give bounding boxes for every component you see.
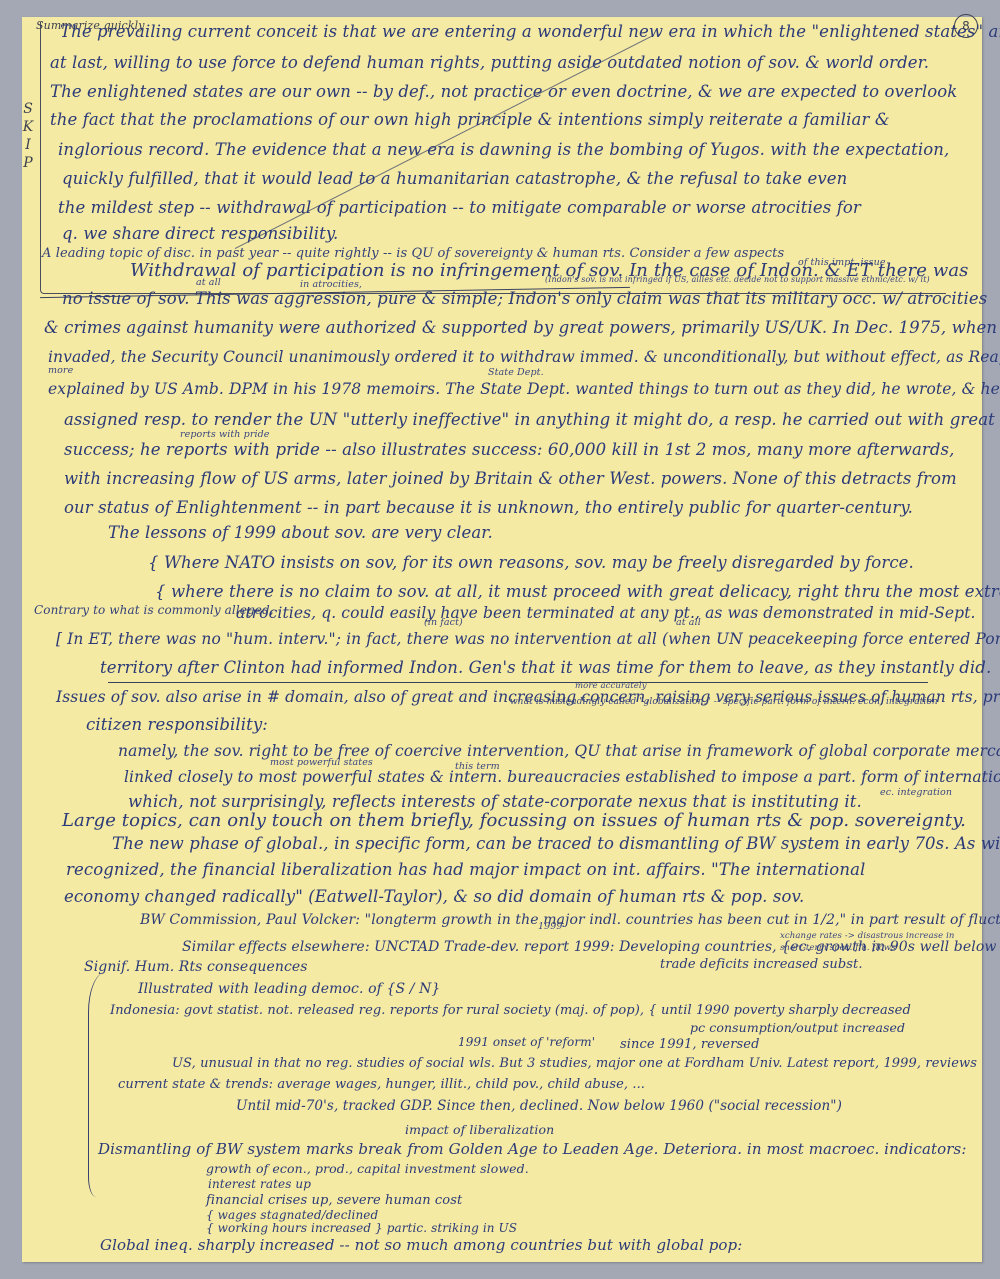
annotation: in atrocities,	[300, 280, 362, 290]
text-line: inglorious record. The evidence that a n…	[58, 142, 949, 159]
text-line: Global ineq. sharply increased -- not so…	[100, 1238, 742, 1253]
annotation: 1999	[538, 922, 563, 932]
text-line: quickly fulfilled, that it would lead to…	[62, 171, 847, 188]
text-line: 1991 onset of 'reform'	[458, 1036, 595, 1048]
text-line: { where there is no claim to sov. at all…	[155, 584, 1000, 601]
text-line: at last, willing to use force to defend …	[50, 55, 929, 72]
text-line: & crimes against humanity were authorize…	[44, 320, 1000, 337]
text-line: The enlightened states are our own -- by…	[50, 84, 957, 101]
text-line: { wages stagnated/declined	[206, 1209, 378, 1221]
annotation: this term	[455, 762, 500, 772]
text-line: A leading topic of disc. in past year --…	[42, 247, 784, 260]
connector-curve	[88, 972, 107, 1197]
text-line: linked closely to most powerful states &…	[124, 770, 1000, 786]
text-line: trade deficits increased subst.	[660, 958, 863, 971]
annotation: (Indon's sov. is not infringed if US, al…	[545, 276, 930, 284]
text-line: atrocities, q. could easily have been te…	[236, 606, 976, 622]
text-line: economy changed radically" (Eatwell-Tayl…	[64, 889, 804, 906]
text-line: q. we share direct responsibility.	[62, 226, 338, 243]
text-line: { Where NATO insists on sov, for its own…	[148, 555, 914, 572]
underline-divider	[108, 682, 928, 683]
text-line: BW Commission, Paul Volcker: "longterm g…	[140, 913, 1000, 927]
text-line: citizen responsibility:	[86, 717, 268, 734]
text-line: interest rates up	[208, 1178, 311, 1190]
skip-letter: S	[22, 100, 34, 118]
text-line: [ In ET, there was no "hum. interv."; in…	[56, 632, 1000, 648]
annotation: more accurately	[575, 682, 647, 691]
text-line: US, unusual in that no reg. studies of s…	[172, 1057, 977, 1070]
text-line: territory after Clinton had informed Ind…	[100, 660, 991, 677]
text-line: namely, the sov. right to be free of coe…	[118, 744, 1000, 760]
skip-margin-note: S K I P	[22, 100, 34, 172]
annotation: reports with pride	[180, 430, 270, 440]
text-line: financial crises up, severe human cost	[206, 1194, 462, 1207]
text-line: with increasing flow of US arms, later j…	[64, 471, 957, 488]
text-line: Signif. Hum. Rts consequences	[84, 960, 308, 974]
text-line: The lessons of 1999 about sov. are very …	[108, 525, 493, 542]
skip-letter: K	[22, 118, 34, 136]
text-line: invaded, the Security Council unanimousl…	[48, 350, 1000, 366]
text-line: the mildest step -- withdrawal of partic…	[58, 200, 861, 217]
text-line: assigned resp. to render the UN "utterly…	[64, 412, 995, 429]
text-line: explained by US Amb. DPM in his 1978 mem…	[48, 382, 1000, 398]
text-line: no issue of sov. This was aggression, pu…	[62, 291, 987, 308]
text-line: our status of Enlightenment -- in part b…	[64, 500, 913, 517]
annotation: most powerful states	[270, 758, 373, 768]
text-line: the fact that the proclamations of our o…	[50, 112, 890, 129]
annotation: State Dept.	[488, 368, 544, 378]
text-line: success; he reports with pride -- also i…	[64, 442, 954, 459]
text-line: The prevailing current conceit is that w…	[60, 24, 1000, 41]
text-line: impact of liberalization	[405, 1124, 554, 1137]
margin-note: Contrary to what is commonly alleged,	[34, 604, 274, 616]
annotation: more	[48, 366, 73, 376]
text-line: pc consumption/output increased	[690, 1022, 905, 1035]
text-line: The new phase of global., in specific fo…	[112, 836, 1000, 853]
text-line: Dismantling of BW system marks break fro…	[98, 1142, 966, 1157]
text-line: since 1991, reversed	[620, 1038, 760, 1051]
annotation: xchange rates -> disastrous increase in …	[780, 930, 970, 954]
annotation: what is misleadingly called "globalizati…	[510, 698, 938, 707]
annotation: of this impt. issue	[798, 258, 886, 268]
annotation: at all	[196, 278, 221, 288]
text-line: Large topics, can only touch on them bri…	[62, 812, 966, 830]
annotation: ec. integration	[880, 788, 952, 798]
annotation: (in fact)	[424, 618, 463, 628]
text-line: { working hours increased } partic. stri…	[206, 1222, 517, 1234]
text-line: recognized, the financial liberalization…	[66, 862, 865, 879]
text-line: which, not surprisingly, reflects intere…	[128, 794, 862, 811]
skip-letter: I	[22, 136, 34, 154]
annotation: at all	[676, 618, 701, 628]
text-line: growth of econ., prod., capital investme…	[206, 1163, 529, 1176]
text-line: current state & trends: average wages, h…	[118, 1078, 645, 1091]
skip-letter: P	[22, 154, 34, 172]
text-line: Indonesia: govt statist. not. released r…	[110, 1004, 911, 1017]
text-line: Until mid-70's, tracked GDP. Since then,…	[236, 1100, 842, 1114]
text-line: Illustrated with leading democ. of {S / …	[138, 982, 440, 996]
